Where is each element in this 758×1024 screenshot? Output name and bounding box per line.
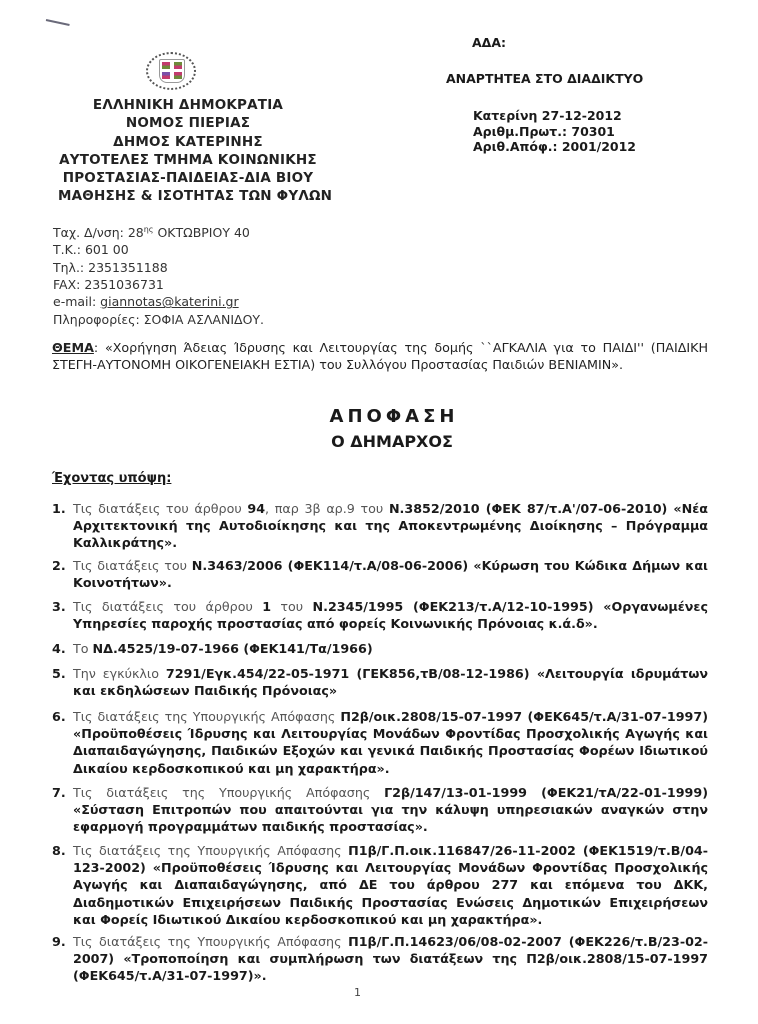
coat-of-arms-icon <box>146 52 196 90</box>
list-item: 6. Τις διατάξεις της Υπουργικής Απόφασης… <box>52 708 708 777</box>
authority-line: ΜΑΘΗΣΗΣ & ΙΣΟΤΗΤΑΣ ΤΩΝ ΦΥΛΩΝ <box>58 187 318 205</box>
email-link[interactable]: giannotas@katerini.gr <box>100 294 238 309</box>
place-date: Κατερίνη 27-12-2012 <box>473 108 636 124</box>
publish-note: ΑΝΑΡΤΗΤΕΑ ΣΤΟ ΔΙΑΔΙΚΤΥΟ <box>446 71 643 86</box>
list-item: 3. Τις διατάξεις του άρθρου 1 του Ν.2345… <box>52 598 708 632</box>
considering-label: Έχοντας υπόψη: <box>52 471 171 486</box>
decision-title: ΑΠΟΦΑΣΗ <box>0 406 758 427</box>
protocol-number: Αριθμ.Πρωτ.: 70301 <box>473 124 636 140</box>
authority-line: ΠΡΟΣΤΑΣΙΑΣ-ΠΑΙΔΕΙΑΣ-ΔΙΑ ΒΙΟΥ <box>58 169 318 187</box>
authority-line: ΔΗΜΟΣ ΚΑΤΕΡΙΝΗΣ <box>58 133 318 151</box>
subject-text: : «Χορήγηση Άδειας Ίδρυσης και Λειτουργί… <box>52 340 708 372</box>
list-item: 5. Την εγκύκλιο 7291/Εγκ.454/22-05-1971 … <box>52 665 708 699</box>
fax: FAX: 2351036731 <box>53 276 264 293</box>
email-line: e-mail: giannotas@katerini.gr <box>53 293 264 310</box>
info-contact: Πληροφορίες: ΣΟΦΙΑ ΑΣΛΑΝΙΔΟΥ. <box>53 311 264 328</box>
page-number: 1 <box>354 986 361 999</box>
list-item: 4. Το ΝΔ.4525/19-07-1966 (ΦΕΚ141/Τα/1966… <box>52 640 708 657</box>
authority-line: ΝΟΜΟΣ ΠΙΕΡΙΑΣ <box>58 114 318 132</box>
authority-line: ΑΥΤΟΤΕΛΕΣ ΤΜΗΜΑ ΚΟΙΝΩΝΙΚΗΣ <box>58 151 318 169</box>
postal-code: Τ.Κ.: 601 00 <box>53 241 264 258</box>
list-item: 8. Τις διατάξεις της Υπουργικής Απόφασης… <box>52 842 708 928</box>
decision-issuer: Ο ΔΗΜΑΡΧΟΣ <box>0 432 758 451</box>
subject-label: ΘΕΜΑ <box>52 340 94 355</box>
scan-mark <box>46 19 70 26</box>
phone: Τηλ.: 2351351188 <box>53 259 264 276</box>
decision-number: Αριθ.Απόφ.: 2001/2012 <box>473 139 636 155</box>
authority-line: ΕΛΛΗΝΙΚΗ ΔΗΜΟΚΡΑΤΙΑ <box>58 96 318 114</box>
issuing-authority: ΕΛΛΗΝΙΚΗ ΔΗΜΟΚΡΑΤΙΑ ΝΟΜΟΣ ΠΙΕΡΙΑΣ ΔΗΜΟΣ … <box>58 96 318 206</box>
subject: ΘΕΜΑ: «Χορήγηση Άδειας Ίδρυσης και Λειτο… <box>52 339 708 373</box>
document-references: Κατερίνη 27-12-2012 Αριθμ.Πρωτ.: 70301 Α… <box>473 108 636 155</box>
emblem-shield <box>159 59 185 83</box>
list-item: 1. Τις διατάξεις του άρθρου 94, παρ 3β α… <box>52 500 708 552</box>
list-item: 7. Τις διατάξεις της Υπουργικής Απόφασης… <box>52 784 708 836</box>
list-item: 2. Τις διατάξεις του Ν.3463/2006 (ΦΕΚ114… <box>52 557 708 591</box>
list-item: 9. Τις διατάξεις της Υπουργικής Απόφασης… <box>52 933 708 985</box>
ada-label: ΑΔΑ: <box>472 35 506 50</box>
contact-block: Ταχ. Δ/νση: 28ης ΟΚΤΩΒΡΙΟΥ 40 Τ.Κ.: 601 … <box>53 221 264 328</box>
address: Ταχ. Δ/νση: 28ης ΟΚΤΩΒΡΙΟΥ 40 <box>53 221 264 241</box>
